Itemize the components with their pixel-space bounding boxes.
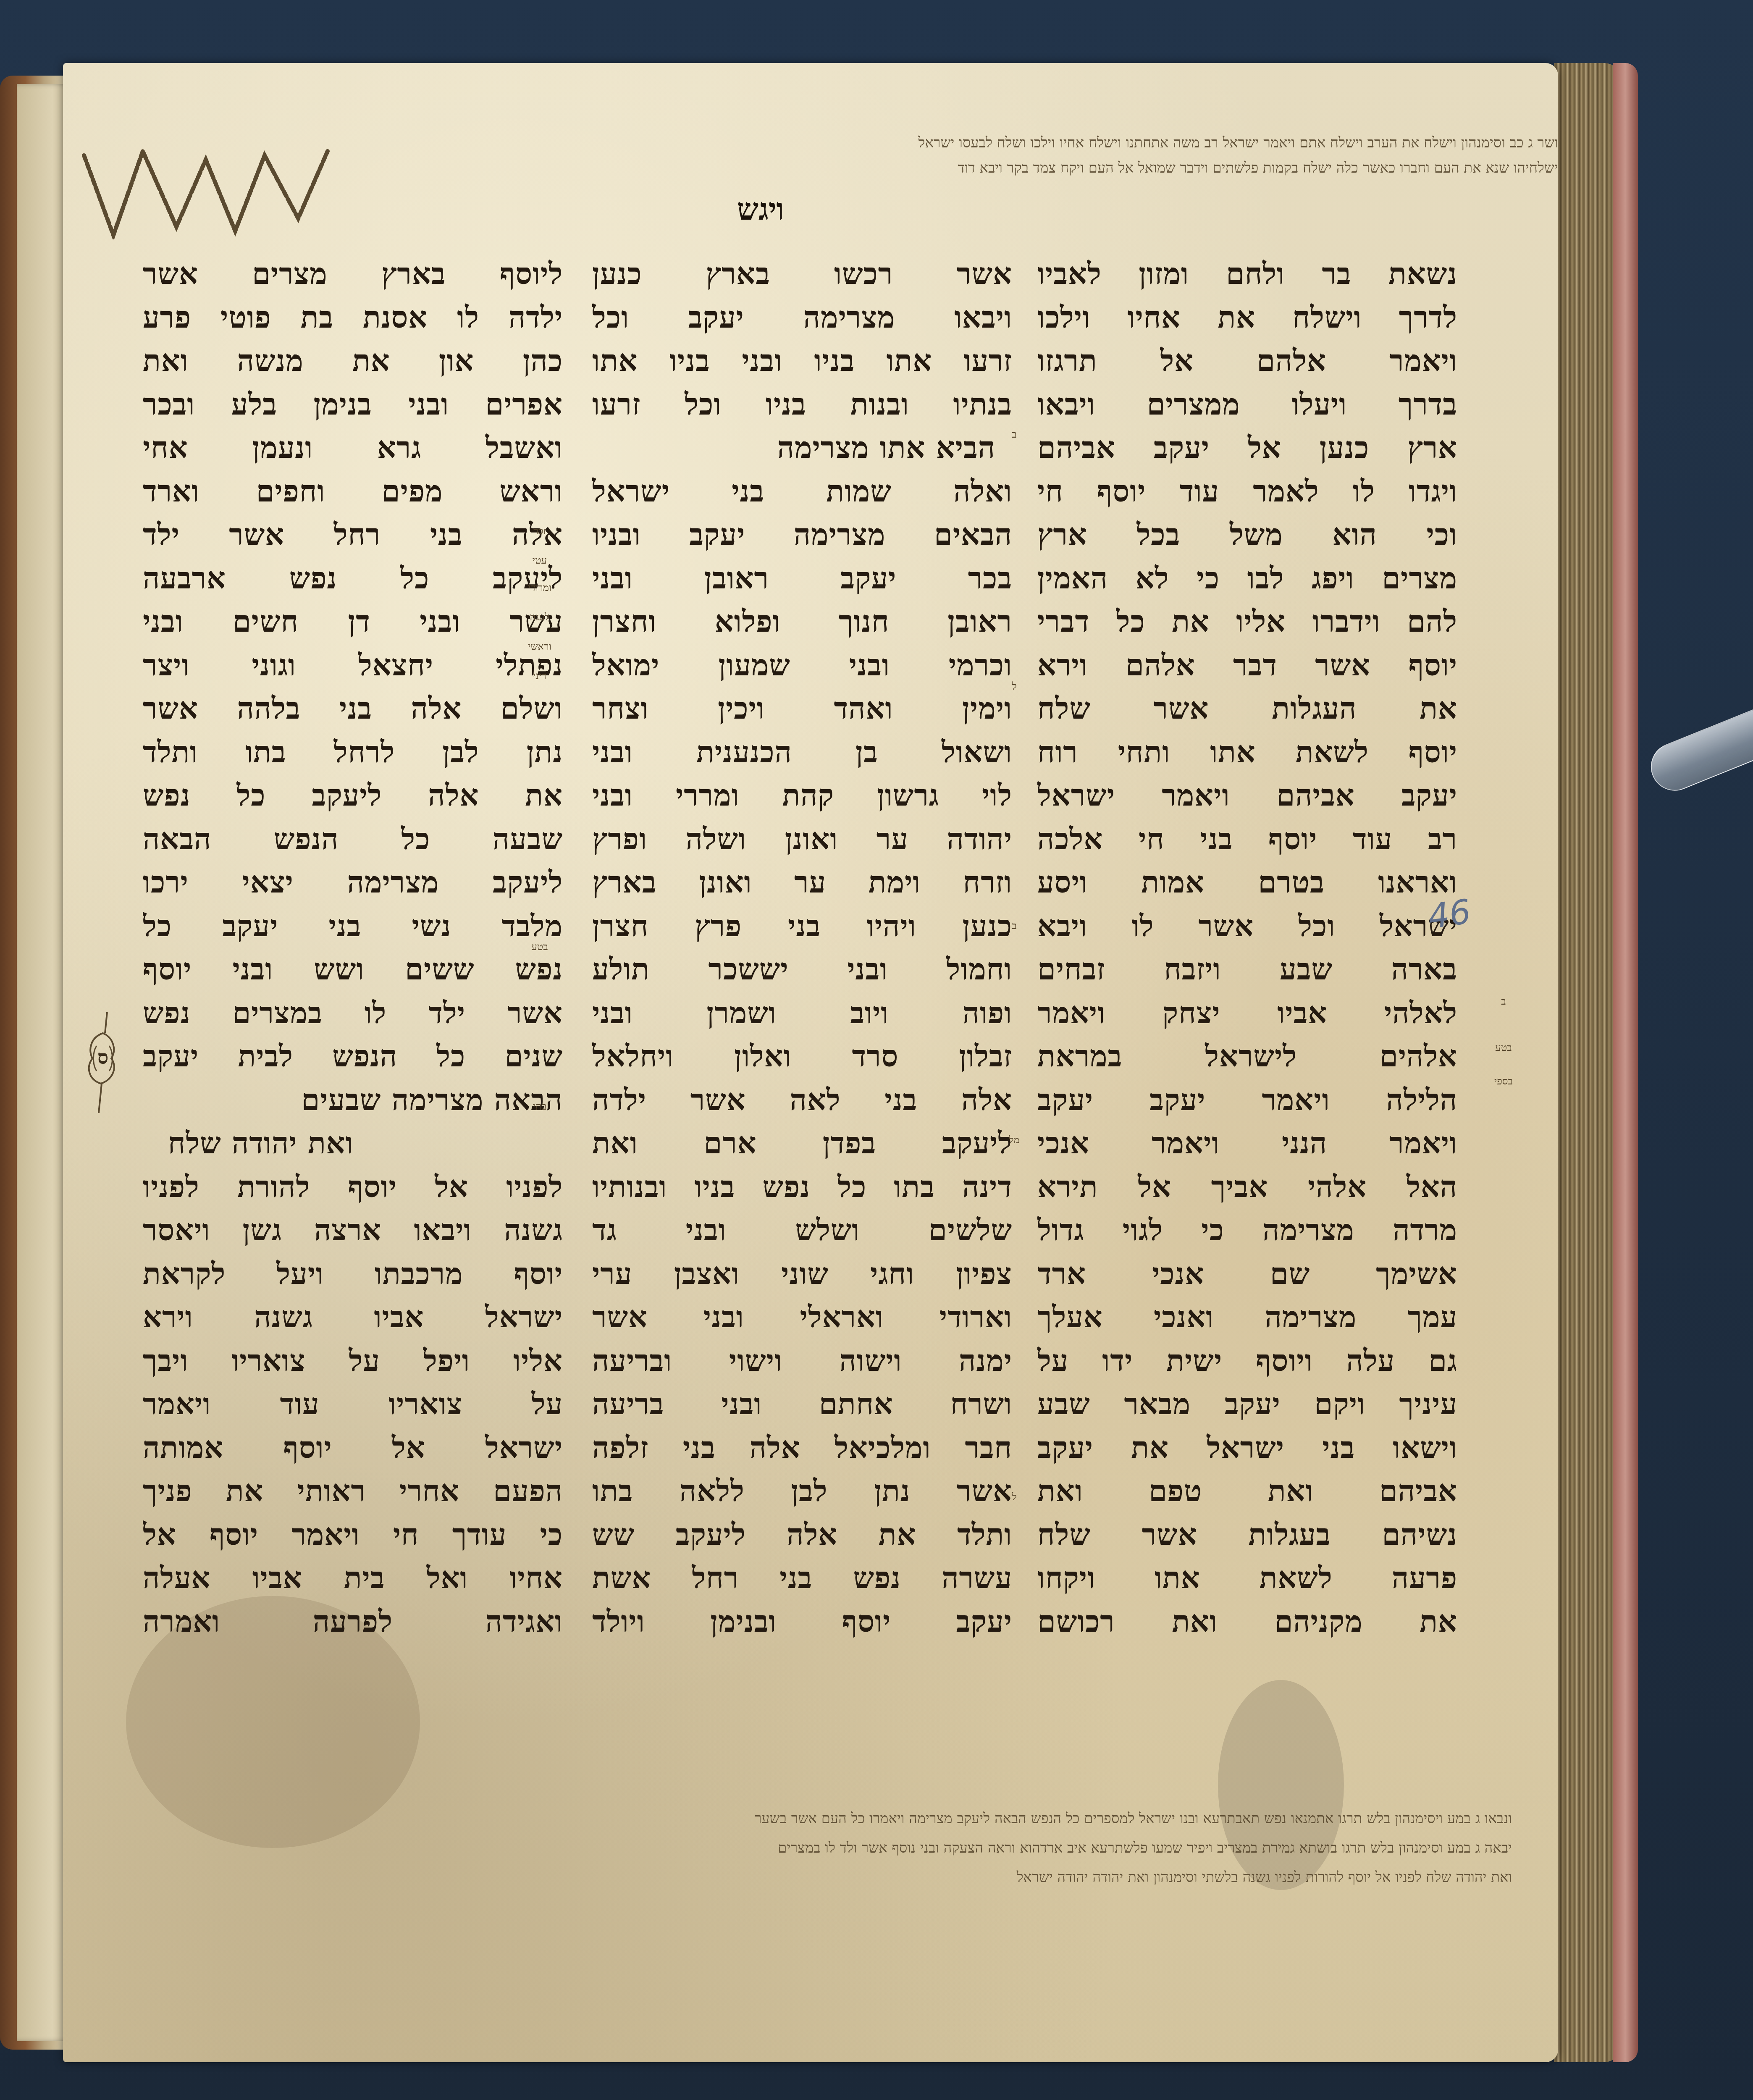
text-line: ליעקב כל נפש ארבעה <box>143 556 563 600</box>
text-line: אשימך שם אנכי ארד <box>1037 1252 1457 1296</box>
text-line: ארץ כנען אל יעקב אביהם <box>1037 426 1457 470</box>
text-line: וארודי ואראלי ובני אשר <box>592 1295 1012 1339</box>
text-line: ואת יהודה שלח <box>143 1121 563 1165</box>
masorah-parva-note: עטי <box>514 554 565 567</box>
text-line: האל אלהי אביך אל תירא <box>1037 1165 1457 1209</box>
text-line: לדרך וישלח את אחיו וילכו <box>1037 296 1457 339</box>
text-line: אלה בני רחל אשר ילד <box>143 513 563 556</box>
masorah-magna-bottom-line: ונבאו ג במע ויסימנהון בלש תרגו אתמנאו נפ… <box>126 1810 1512 1827</box>
text-line: נשיהם בעגלות אשר שלח <box>1037 1513 1457 1557</box>
text-line: נפש ששים ושש ובני יוסף <box>143 948 563 991</box>
text-line: וכי הוא משל בכל ארץ <box>1037 513 1457 556</box>
text-line: נשאת בר ולחם ומזון לאביו <box>1037 252 1457 296</box>
masorah-magna-bottom-line: יבאה ג במע וסימנהון בלש תרגו בושתא גמירת… <box>126 1840 1512 1856</box>
text-line: שבעה כל הנפש הבאה <box>143 817 563 861</box>
text-line: בארה שבע ויזבח זבחים <box>1037 948 1457 991</box>
text-line: ישראל וכל אשר לו ויבא <box>1037 904 1457 948</box>
text-line: ישראל אביו גשנה וירא <box>143 1295 563 1339</box>
text-line: בנתיו ובנות בניו וכל זרעו <box>592 383 1012 426</box>
folio-number: 46 <box>1425 892 1473 936</box>
parashah-heading: ויגש <box>737 191 784 227</box>
text-line: עשרה נפש בני רחל אשת <box>592 1556 1012 1600</box>
text-line: דינה בתו כל נפש בניו ובנותיו <box>592 1165 1012 1209</box>
text-line: לאלהי אביו יצחק ויאמר <box>1037 991 1457 1035</box>
text-line: להם וידברו אליו את כל דברי <box>1037 600 1457 643</box>
text-line: ליוסף בארץ מצרים אשר <box>143 252 563 296</box>
masorah-parva-note: ב <box>1478 995 1529 1008</box>
text-line: את העגלות אשר שלח <box>1037 687 1457 730</box>
masorah-parva-note: בתי <box>514 1100 565 1113</box>
text-line: ואלה שמות בני ישראל <box>592 470 1012 513</box>
text-line: ויאמר הנני ויאמר אנכי <box>1037 1121 1457 1165</box>
masorah-parva-note: דיני <box>514 670 565 682</box>
text-line: ואגידה לפרעה ואמרה <box>143 1600 563 1643</box>
text-line: זרעו אתו בניו ובני בניו אתו <box>592 339 1012 383</box>
text-line: יעקב יוסף ובנימן ויולד <box>592 1600 1012 1643</box>
text-line: יוסף אשר דבר אלהם וירא <box>1037 643 1457 687</box>
text-line: על צואריו עוד ויאמר <box>143 1382 563 1426</box>
text-line: הבאה מצרימה שבעים <box>143 1078 563 1122</box>
text-line: הלילה ויאמר יעקב יעקב <box>1037 1078 1457 1122</box>
setuma-letter: ס <box>93 1046 113 1068</box>
text-line: אלה בני לאה אשר ילדה <box>592 1078 1012 1122</box>
text-line: רב עוד יוסף בני חי אלכה <box>1037 817 1457 861</box>
masorah-magna-top-line: ישלחיהו שנא את העם וחברו כאשר כלה ישלח ב… <box>235 160 1558 176</box>
text-line: מרדה מצרימה כי לגוי גדול <box>1037 1208 1457 1252</box>
text-line: אשר נתן לבן ללאה בתו <box>592 1469 1012 1513</box>
text-line: אחיו ואל בית אביו אעלה <box>143 1556 563 1600</box>
text-line: ויגדו לו לאמר עוד יוסף חי <box>1037 470 1457 513</box>
text-line: מצרים ויפג לבו כי לא האמין <box>1037 556 1457 600</box>
text-line: ליעקב מצרימה יצאי ירכו <box>143 861 563 904</box>
text-column-left: ליוסף בארץ מצרים אשר ילדה לו אסנת בת פוט… <box>143 252 563 1643</box>
text-line: וימין ואהד ויכין וצחר <box>592 687 1012 730</box>
text-line: ויאמר אלהם אל תרגזו <box>1037 339 1457 383</box>
text-line: וכרמי ובני שמעון ימואל <box>592 643 1012 687</box>
text-line: ושרח אחתם ובני בריעה <box>592 1382 1012 1426</box>
text-line: ליעקב בפדן ארם ואת <box>592 1121 1012 1165</box>
text-line: עמך מצרימה ואנכי אעלך <box>1037 1295 1457 1339</box>
text-line: זבלון סרד ואלון ויחלאל <box>592 1034 1012 1078</box>
text-line: אפרים ובני בנימן בלע ובכר <box>143 383 563 426</box>
text-line: יוסף לשאת אתו ותחי רוח <box>1037 730 1457 774</box>
text-line: הביא אתו מצרימה <box>592 426 1012 470</box>
text-line: אביהם ואת טפם ואת <box>1037 1469 1457 1513</box>
text-line: לוי גרשון קהת ומררי ובני <box>592 774 1012 817</box>
zigzag-masorah-ornament <box>80 143 332 239</box>
masorah-parva-note: בטע <box>514 941 565 953</box>
text-line: צפיון וחגי שוני ואצבן ערי <box>592 1252 1012 1296</box>
text-line: בדרך ויעלו ממצרים ויבאו <box>1037 383 1457 426</box>
text-line: כהן און את מנשה ואת <box>143 339 563 383</box>
text-line: עשר ובני דן חשים ובני <box>143 600 563 643</box>
masorah-parva-note: ומרודי <box>514 582 565 594</box>
masorah-parva-note: ל <box>989 680 1039 693</box>
masorah-parva-note: וראשי <box>514 640 565 653</box>
text-line: שלשים ושלש ובני גד <box>592 1208 1012 1252</box>
masorah-parva-note: ב <box>989 428 1039 441</box>
text-line: נפתלי יחצאל וגוני ויצר <box>143 643 563 687</box>
text-line: ושלם אלה בני בלהה אשר <box>143 687 563 730</box>
text-line: ופוה ויוב ושמרן ובני <box>592 991 1012 1035</box>
text-column-middle: אשר רכשו בארץ כנען ויבאו מצרימה יעקב וכל… <box>592 252 1012 1643</box>
masorah-parva-note: זכר <box>514 525 565 537</box>
text-line: אשר ילד לו במצרים נפש <box>143 991 563 1035</box>
text-line: ואראנו בטרם אמות ויסע <box>1037 861 1457 904</box>
text-line: אשר רכשו בארץ כנען <box>592 252 1012 296</box>
text-line: כנען ויהיו בני פרץ חצרן <box>592 904 1012 948</box>
text-line: עיניך ויקם יעקב מבאר שבע <box>1037 1382 1457 1426</box>
masorah-parva-note: בספי <box>1478 1075 1529 1087</box>
text-line: ויבאו מצרימה יעקב וכל <box>592 296 1012 339</box>
fore-edge-cover <box>1613 63 1638 2062</box>
text-line: ימנה וישוה וישוי ובריעה <box>592 1339 1012 1383</box>
text-line: ראובן חנוך ופלוא וחצרן <box>592 600 1012 643</box>
text-line: אליו ויפל על צואריו ויבך <box>143 1339 563 1383</box>
masorah-magna-top-line: ושר ג כב וסימנהון וישלח את הערב וישלח את… <box>235 134 1558 151</box>
text-line: את מקניהם ואת רכושם <box>1037 1600 1457 1643</box>
text-line: הפעם אחרי ראותי את פניך <box>143 1469 563 1513</box>
text-column-right: נשאת בר ולחם ומזון לאביו לדרך וישלח את א… <box>1037 252 1457 1643</box>
text-line: גשנה ויבאו ארצה גשן ויאסר <box>143 1208 563 1252</box>
fore-edge-pages <box>1554 63 1621 2062</box>
text-line: אלהים לישראל במראת <box>1037 1034 1457 1078</box>
masorah-parva-note: ל <box>989 1491 1039 1503</box>
text-line: פרעה לשאת אתו ויקחו <box>1037 1556 1457 1600</box>
text-line: וישאו בני ישראל את יעקב <box>1037 1426 1457 1470</box>
text-line: ישראל אל יוסף אמותה <box>143 1426 563 1470</box>
text-line: בכר יעקב ראובן ובני <box>592 556 1012 600</box>
text-line: לפניו אל יוסף להורת לפניו <box>143 1165 563 1209</box>
text-line: ושאול בן הכנענית ובני <box>592 730 1012 774</box>
masorah-parva-note: מל <box>989 1134 1039 1146</box>
text-line: כי עודך חי ויאמר יוסף אל <box>143 1513 563 1557</box>
text-line: ואשבל גרא ונעמן אחי <box>143 426 563 470</box>
text-line: ותלד את אלה ליעקב שש <box>592 1513 1012 1557</box>
text-line: יוסף מרכבתו ויעל לקראת <box>143 1252 563 1296</box>
text-line: את אלה ליעקב כל נפש <box>143 774 563 817</box>
text-line: וראש מפים וחפים וארד <box>143 470 563 513</box>
masorah-parva-note: לעגה <box>514 611 565 623</box>
text-line: נתן לבן לרחל בתו ותלד <box>143 730 563 774</box>
text-line: ילדה לו אסנת בת פוטי פרע <box>143 296 563 339</box>
text-line: מלבד נשי בני יעקב כל <box>143 904 563 948</box>
text-line: הבאים מצרימה יעקב ובניו <box>592 513 1012 556</box>
masorah-magna-bottom-line: ואת יהודה שלח לפניו אל יוסף להורות לפניו… <box>126 1869 1512 1886</box>
masorah-parva-note: ב <box>989 920 1039 932</box>
text-line: יעקב אביהם ויאמר ישראל <box>1037 774 1457 817</box>
text-line: גם עלה ויוסף ישית ידו על <box>1037 1339 1457 1383</box>
text-line: וחמול ובני יששכר תולע <box>592 948 1012 991</box>
text-line: וזרח וימת ער ואונן בארץ <box>592 861 1012 904</box>
parchment-stain <box>1218 1680 1344 1890</box>
text-line: שנים כל הנפש לבית יעקב <box>143 1034 563 1078</box>
text-line: חבר ומלכיאל אלה בני זלפה <box>592 1426 1012 1470</box>
text-line: יהודה ער ואונן ושלה ופרץ <box>592 817 1012 861</box>
masorah-parva-note: בטע <box>1478 1042 1529 1054</box>
